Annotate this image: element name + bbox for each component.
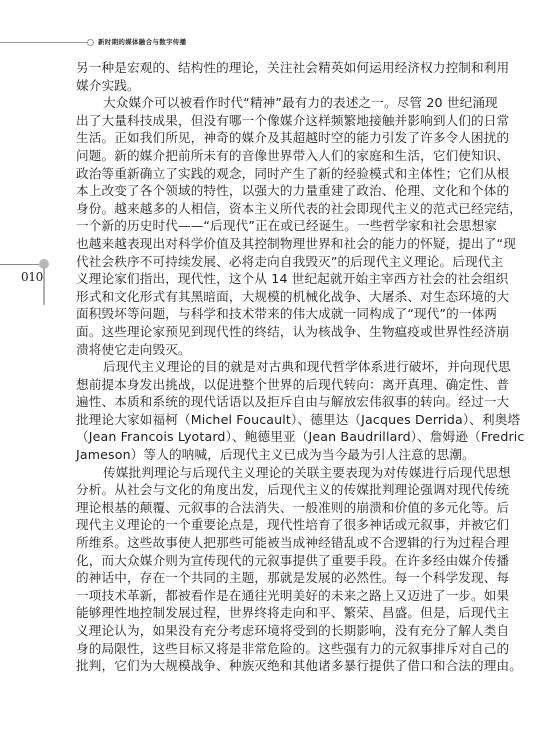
text-line: 的神话中，存在一个共同的主题，那就是发展的必然性。每一个科学发现、每 bbox=[76, 569, 406, 587]
text-line: 传媒批判理论与后现代主义理论的关联主要表现为对传媒进行后现代思想 bbox=[76, 464, 406, 482]
text-line: 形式和文化形式有其黑暗面，大规模的机械化战争、大屠杀、对生态环境的大 bbox=[76, 288, 406, 306]
text-line: 分析。从社会与文化的角度出发，后现代主义的传媒批判理论强调对现代传统 bbox=[76, 481, 406, 499]
text-line: 政治等重新确立了实践的观念，同时产生了新的经验模式和主体性；它们从根 bbox=[76, 165, 406, 183]
running-header: 新时期的媒体融合与数字传播 bbox=[0, 36, 260, 48]
running-title: 新时期的媒体融合与数字传播 bbox=[98, 36, 186, 48]
text-line: 身的局限性，这些目标又将是非常危险的。这些强有力的元叙事排斥对自己的 bbox=[76, 640, 406, 658]
text-line: 代社会秩序不可持续发展、必将走向自我毁灭”的后现代主义理论。后现代主 bbox=[76, 253, 406, 271]
text-line: 批理论大家如福柯（Michel Foucault）、德里达（Jacques De… bbox=[76, 411, 406, 429]
text-line: 问题。新的媒介把前所未有的音像世界带入人们的家庭和生活，它们使知识、 bbox=[76, 147, 406, 165]
text-line: 后现代主义理论的目的就是对古典和现代哲学体系进行破坏，并向现代思 bbox=[76, 358, 406, 376]
text-line: 义理论家们指出，现代性，这个从 14 世纪起就开始主宰西方社会的社会组织 bbox=[76, 270, 406, 288]
text-line: 本上改变了各个领域的特性，以强大的力量重建了政治、伦理、文化和个体的 bbox=[76, 182, 406, 200]
page-number: 010 bbox=[21, 270, 43, 284]
text-line: 能够理性地控制发展过程，世界终将走向和平、繁荣、昌盛。但是，后现代主 bbox=[76, 604, 406, 622]
text-line: 身份。越来越多的人相信，资本主义所代表的社会即现代主义的范式已经完结， bbox=[76, 200, 406, 218]
folio-horizontal-rule bbox=[0, 264, 40, 265]
folio: 010 bbox=[0, 255, 60, 315]
text-line: 溃将使它走向毁灭。 bbox=[76, 341, 406, 359]
text-line: 想前提本身发出挑战，以促进整个世界的后现代转向：离开真理、确定性、普 bbox=[76, 376, 406, 394]
text-line: 大众媒介可以被看作时代“精神”最有力的表述之一。尽管 20 世纪涌现 bbox=[76, 94, 406, 112]
text-line: （Jean Francois Lyotard）、鲍德里亚（Jean Baudri… bbox=[76, 428, 406, 446]
text-line: 一个新的历史时代——“后现代”正在或已经诞生。一些哲学家和社会思想家 bbox=[76, 217, 406, 235]
text-line: 批判，它们为大规模战争、种族灭绝和其他诸多暴行提供了借口和合法的理由。 bbox=[76, 657, 406, 675]
text-line: 义理论认为，如果没有充分考虑环境将受到的长期影响，没有充分了解人类自 bbox=[76, 622, 406, 640]
body-text: 另一种是宏观的、结构性的理论，关注社会精英如何运用经济权力控制和利用媒介实践。大… bbox=[76, 59, 406, 675]
text-line: 面。这些理论家预见到现代性的终结，认为核战争、生物瘟疫或世界性经济崩 bbox=[76, 323, 406, 341]
text-line: 生活。正如我们所见，神奇的媒介及其超越时空的能力引发了许多令人困扰的 bbox=[76, 129, 406, 147]
text-line: 理论根基的颠覆、元叙事的合法消失、一般准则的崩溃和价值的多元化等。后 bbox=[76, 499, 406, 517]
header-rule bbox=[0, 42, 88, 43]
text-line: 所维系。这些故事使人把那些可能被当成神经错乱或不合逻辑的行为过程合理 bbox=[76, 534, 406, 552]
folio-vertical-rule bbox=[43, 267, 45, 305]
text-line: 媒介实践。 bbox=[76, 77, 406, 95]
text-line: 遍性、本质和系统的现代话语以及拒斥自由与解放宏伟叙事的转向。经过一大 bbox=[76, 393, 406, 411]
text-line: 化，而大众媒介则为宣传现代的元叙事提供了重要手段。在许多经由媒介传播 bbox=[76, 552, 406, 570]
text-line: 一项技术革新，都被看作是在通往光明美好的未来之路上又迈进了一步。如果 bbox=[76, 587, 406, 605]
text-line: 另一种是宏观的、结构性的理论，关注社会精英如何运用经济权力控制和利用 bbox=[76, 59, 406, 77]
text-line: 面积毁坏等问题，与科学和技术带来的伟大成就一同构成了“现代”的一体两 bbox=[76, 305, 406, 323]
header-ring-ornament bbox=[87, 39, 94, 46]
text-line: 也越来越表现出对科学价值及其控制物理世界和社会的能力的怀疑，提出了“现 bbox=[76, 235, 406, 253]
text-line: 现代主义理论的一个重要论点是，现代性培育了很多神话或元叙事，并被它们 bbox=[76, 516, 406, 534]
text-line: Jameson）等人的呐喊，后现代主义已成为当今最为引人注意的思潮。 bbox=[76, 446, 406, 464]
text-line: 出了大量科技成果，但没有哪一个像媒介这样频繁地接触并影响到人们的日常 bbox=[76, 112, 406, 130]
